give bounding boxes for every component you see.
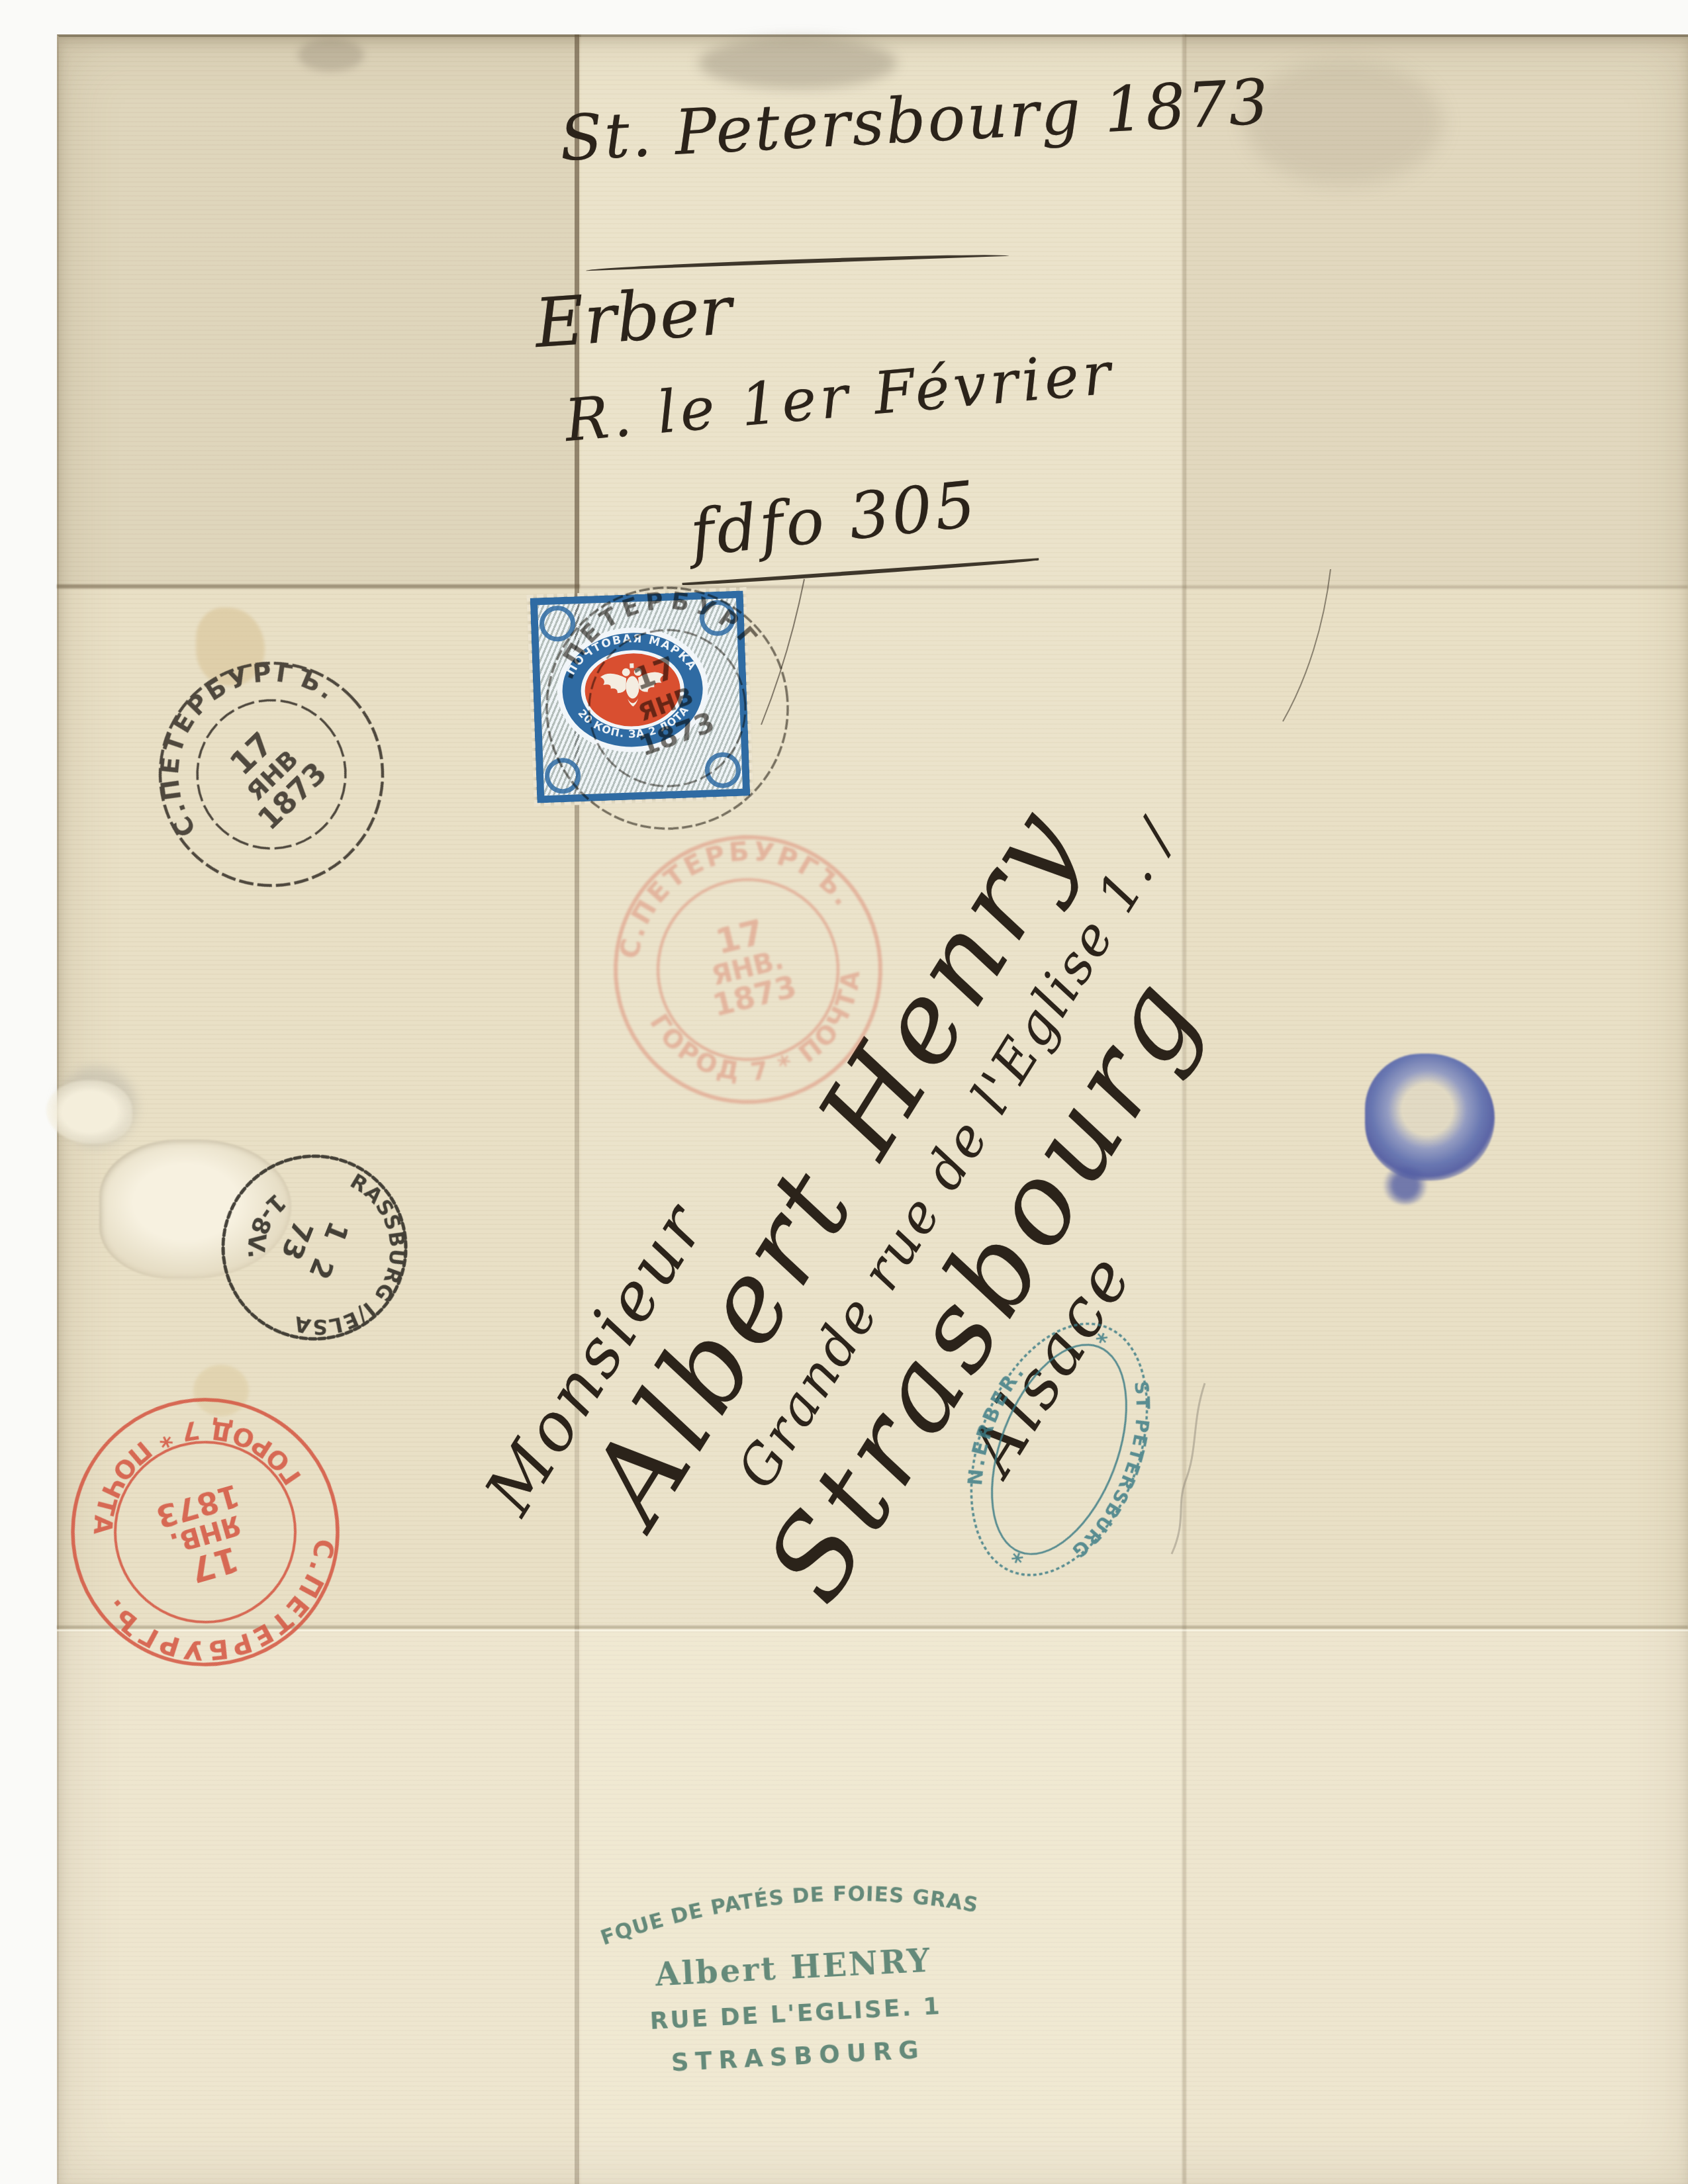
docket-sender-name: Erber [532, 271, 734, 363]
fold-panel-shade [57, 34, 580, 589]
scanned-letter-canvas: St. Petersbourg 1873 Erber R. le 1er Fév… [0, 0, 1688, 2184]
postage-stamp-russia-20kop: ПОЧТОВАЯ МАРКА 20 КОП. ЗА 2 ЛОТА [530, 590, 751, 803]
stamp-center-design: ПОЧТОВАЯ МАРКА 20 КОП. ЗА 2 ЛОТА [530, 591, 735, 788]
